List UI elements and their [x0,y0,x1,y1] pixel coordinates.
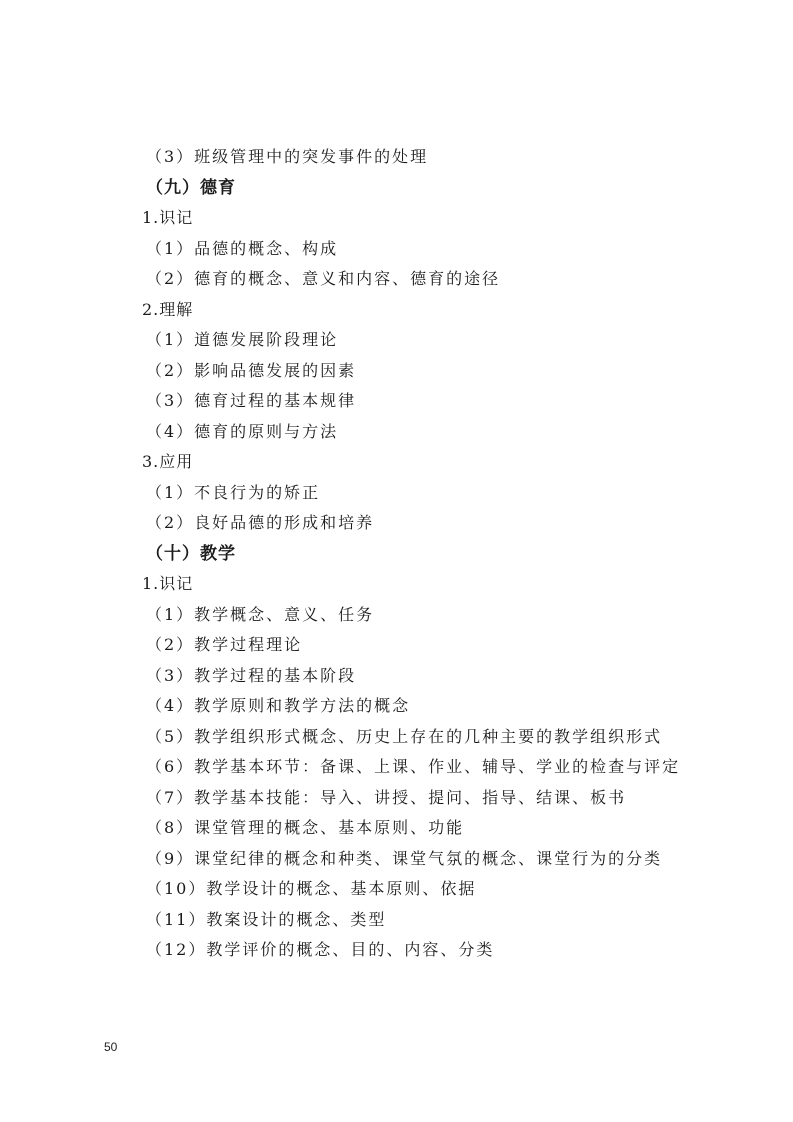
list-item: （4）德育的原则与方法 [142,417,722,448]
list-item: （3）教学过程的基本阶段 [142,661,722,692]
subsection-understand: 2.理解 [142,295,722,326]
list-item: （1）教学概念、意义、任务 [142,600,722,631]
list-item: （2）良好品德的形成和培养 [142,508,722,539]
subsection-recall: 1.识记 [142,569,722,600]
document-body: （3）班级管理中的突发事件的处理 （九）德育 1.识记 （1）品德的概念、构成 … [142,142,722,966]
section-heading-teaching: （十）教学 [142,539,722,570]
list-item: （4）教学原则和教学方法的概念 [142,691,722,722]
list-item: （3）德育过程的基本规律 [142,386,722,417]
list-item: （12）教学评价的概念、目的、内容、分类 [142,935,722,966]
list-item: （5）教学组织形式概念、历史上存在的几种主要的教学组织形式 [142,722,722,753]
list-item: （1）品德的概念、构成 [142,234,722,265]
section-heading-moral-education: （九）德育 [142,173,722,204]
list-item: （8）课堂管理的概念、基本原则、功能 [142,813,722,844]
list-item: （9）课堂纪律的概念和种类、课堂气氛的概念、课堂行为的分类 [142,844,722,875]
subsection-apply: 3.应用 [142,447,722,478]
list-item: （2）德育的概念、意义和内容、德育的途径 [142,264,722,295]
list-item: （1）道德发展阶段理论 [142,325,722,356]
list-item: （3）班级管理中的突发事件的处理 [142,142,722,173]
subsection-recall: 1.识记 [142,203,722,234]
list-item: （2）教学过程理论 [142,630,722,661]
list-item: （11）教案设计的概念、类型 [142,905,722,936]
page-number: 50 [104,1040,117,1054]
list-item: （7）教学基本技能：导入、讲授、提问、指导、结课、板书 [142,783,722,814]
list-item: （10）教学设计的概念、基本原则、依据 [142,874,722,905]
list-item: （1）不良行为的矫正 [142,478,722,509]
list-item: （6）教学基本环节：备课、上课、作业、辅导、学业的检查与评定 [142,752,722,783]
list-item: （2）影响品德发展的因素 [142,356,722,387]
